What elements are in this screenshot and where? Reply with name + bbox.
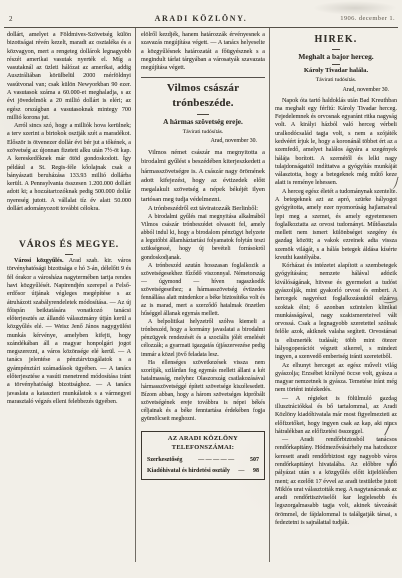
section-title-varos-es-megye: VÁROS ÉS MEGYE. bbox=[7, 239, 131, 252]
article-dateline: Arad, november 30. bbox=[141, 138, 265, 146]
column-left: dollárt, amelyet a Földmives-Szövetség k… bbox=[7, 31, 131, 572]
telephone-row-number: 507 bbox=[250, 456, 259, 464]
news-paragraph: A herceg egész életét a tudománynak szen… bbox=[275, 188, 397, 263]
article-body-paragraph: A trónbeszéd azután hosszasan foglalkozi… bbox=[141, 262, 265, 319]
telephone-row-number: 98 bbox=[253, 467, 259, 475]
article-body-paragraph: A birodalmi gyűlés mai megnyitása alkalm… bbox=[141, 213, 265, 261]
page-header: 2 ARADI KÖZLÖNY. 1906. december 1. bbox=[5, 13, 397, 26]
article-kicker: Távirati tudósítás. bbox=[141, 129, 265, 137]
article-continuation-paragraph: dollárt, amelyet a Földmives-Szövetség k… bbox=[7, 31, 131, 122]
city-news-lead-in: Városi közgyűlés. bbox=[14, 258, 64, 264]
news-paragraph: Kórházat és intézetet alapított a szembe… bbox=[275, 262, 397, 361]
section-title-hirek: HIREK. bbox=[275, 33, 397, 47]
news-lead-title: Meghalt a bajor herceg. bbox=[275, 52, 397, 62]
column-rule-right bbox=[269, 28, 270, 562]
city-news-paragraph: Városi közgyűlés. Arad szab. kir. város … bbox=[7, 257, 131, 406]
telephone-row-leader: — — — — — bbox=[182, 456, 250, 464]
article-body-paragraph: Ha ellenséges szövetkezések vissza nem s… bbox=[141, 359, 265, 424]
column-middle: elölről kezdjék, hanem határozzák érvény… bbox=[141, 31, 265, 572]
telephone-row: Szerkesztőség — — — — — 507 bbox=[147, 456, 259, 464]
article-subtitle: A hármas szövetség ereje. bbox=[141, 117, 265, 127]
news-paragraph: — Aradi rendőrbiztosból tanácsos rendőrk… bbox=[275, 436, 397, 527]
divider bbox=[65, 254, 73, 255]
newspaper-page: 2 ARADI KÖZLÖNY. 1906. december 1. dollá… bbox=[0, 0, 402, 578]
news-kicker: Távirati tudósítás. bbox=[275, 77, 397, 85]
header-rule bbox=[4, 27, 398, 28]
column-rule-left bbox=[135, 28, 136, 562]
article-continuation-paragraph: elölről kezdjék, hanem határozzák érvény… bbox=[141, 31, 265, 72]
article-lead-paragraph: Vilmos német császár ma megnyitotta a bi… bbox=[141, 148, 265, 204]
news-paragraph: — A régieket is fölülmuló gazdag illuszt… bbox=[275, 395, 397, 436]
news-dateline: Arad, november 30. bbox=[275, 87, 397, 95]
article-continuation-paragraph: Arról sincs szó, hogy a milliók hova ker… bbox=[7, 122, 131, 213]
divider bbox=[197, 114, 209, 115]
article-bridge-line: A trónbeszédről ezt táviratozzák Berlinb… bbox=[141, 204, 265, 213]
telephone-row: Kiadóhivatal és hirdetési osztály — 98 bbox=[147, 467, 259, 475]
telephone-box-title: AZ ARADI KÖZLÖNY TELEFONSZÁMAI: bbox=[147, 435, 259, 452]
telephone-row-leader: — bbox=[230, 467, 253, 475]
issue-date: 1906. december 1. bbox=[340, 15, 395, 22]
divider bbox=[332, 49, 340, 50]
telephone-numbers-box: AZ ARADI KÖZLÖNY TELEFONSZÁMAI: Szerkesz… bbox=[141, 431, 265, 480]
news-paragraph: Napok óta tartó haldoklás után Bad Kreut… bbox=[275, 97, 397, 188]
column-right: HIREK. Meghalt a bajor herceg. Károly Ti… bbox=[275, 31, 397, 572]
news-sub-title: Károly Tivadar halála. bbox=[275, 67, 397, 76]
telephone-row-label: Kiadóhivatal és hirdetési osztály bbox=[147, 467, 230, 475]
telephone-row-label: Szerkesztőség bbox=[147, 456, 182, 464]
throne-speech-article: Vilmos császár trónbeszéde. A hármas szö… bbox=[141, 77, 265, 423]
city-news-text: Arad szab. kir. város törvényhatósági bi… bbox=[7, 258, 131, 405]
article-headline: Vilmos császár trónbeszéde. bbox=[141, 81, 265, 111]
newspaper-title: ARADI KÖZLÖNY. bbox=[5, 14, 397, 23]
article-body-paragraph: A belpolitikai helyzetről szólva kiemeli… bbox=[141, 318, 265, 358]
news-paragraph: Az elhunyt herceget az egész művelt vilá… bbox=[275, 362, 397, 395]
divider bbox=[332, 64, 340, 65]
